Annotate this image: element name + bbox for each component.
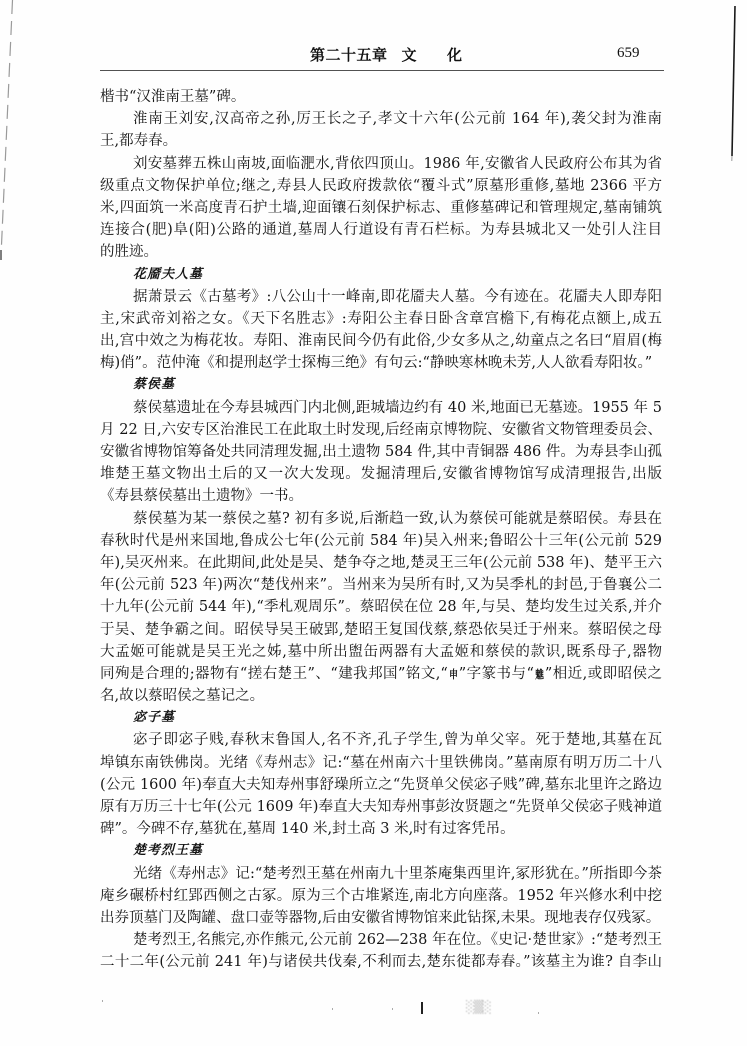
text-line: 月 22 日,六安专区治淮民工在此取土时发现,后经南京博物院、安徽省文物管理委员… (100, 419, 662, 441)
text-segment: ”字篆书与“ (459, 666, 534, 682)
chapter-title-char-2: 化 (447, 44, 463, 65)
text-line: 米,四面筑一米高度青石护土墙,迎面镶石刻保护标志、重修墓碑记和管理规定,墓南铺筑 (100, 197, 662, 219)
text-line: 庵乡碾桥村红郢西侧之古冢。原为三个古堆紧连,南北方向座落。1952 年兴修水利中… (100, 885, 662, 907)
chapter-title: 第二十五章文化 (310, 44, 463, 65)
text-line: 二十二年(公元前 241 年)与诸侯共伐秦,不利而去,楚东徙都寿春。”该墓主为谁… (100, 951, 662, 973)
scan-edge-right-mark (728, 6, 740, 166)
scan-dot (102, 1000, 103, 1002)
seal-script-glyph: 魋 (535, 664, 544, 685)
text-line: 《寿县蔡侯墓出土遗物》一书。 (100, 485, 662, 507)
chapter-number: 第二十五章 (310, 44, 388, 65)
paragraph-first-line: 据萧景云《古墓考》:八公山十一峰南,即花靥夫人墓。今有迹在。花靥夫人即寿阳公 (100, 286, 662, 308)
section-heading: 宓子墓 (100, 707, 662, 729)
scan-dot (332, 1008, 333, 1010)
text-line: 堆楚王墓文物出土后的又一次大发现。发掘清理后,安徽省博物馆写成清理报告,出版 (100, 463, 662, 485)
header-rule (100, 70, 664, 71)
text-line: 主,宋武帝刘裕之女。《天下名胜志》:寿阳公主春日卧含章宫檐下,有梅花点额上,成五 (100, 308, 662, 330)
text-line: 王,都寿春。 (100, 130, 662, 152)
paragraph-first-line: 淮南王刘安,汉高帝之孙,厉王长之子,孝文十六年(公元前 164 年),袭父封为淮… (100, 108, 662, 130)
text-line: 十九年(公元前 544 年),“季札观周乐”。蔡昭侯在位 28 年,与吴、楚均发… (100, 596, 662, 618)
text-segment: ”相近,或即昭侯之 (545, 666, 662, 682)
section-heading: 花靥夫人墓 (100, 264, 662, 286)
seal-script-glyph: 申 (449, 664, 458, 685)
text-line: 年),吴灭州来。在此期间,此处是吴、楚争夺之地,楚灵王三年(公元前 538 年)… (100, 552, 662, 574)
text-line: 楷书“汉淮南王墓”碑。 (100, 86, 662, 108)
scan-edge-left-mark (0, 0, 20, 270)
text-line: 埠镇东南铁佛岗。光绪《寿州志》记:“墓在州南六十里铁佛岗。”墓南原有明万历二十八… (100, 752, 662, 774)
text-line: 连接合(肥)阜(阳)公路的通道,墓周人行道设有青石栏标。为寿县城北又一处引人注目 (100, 219, 662, 241)
scan-artifact-mark (421, 1002, 423, 1014)
text-line: (公元 1600 年)奉直大夫知寿州事舒璪所立之“先贤单父侯宓子贱”碑,墓东北里… (100, 774, 662, 796)
paragraph-first-line: 蔡侯墓遗址在今寿县城西门内北侧,距城墙边约有 40 米,地面已无墓迹。1955 … (100, 397, 662, 419)
section-heading: 楚考烈王墓 (100, 840, 662, 862)
text-line: 碑”。今碑不存,墓犹在,墓周 140 米,封土高 3 米,时有过客凭吊。 (100, 818, 662, 840)
book-page: 第二十五章文化 659 楷书“汉淮南王墓”碑。淮南王刘安,汉高帝之孙,厉王长之子… (0, 0, 747, 1046)
paragraph-first-line: 宓子即宓子贱,春秋末鲁国人,名不齐,孔子学生,曾为单父宰。死于楚地,其墓在瓦 (100, 729, 662, 751)
text-line: 梅)俏”。范仲淹《和提刑赵学士探梅三绝》有句云:“静映寒林晚未芳,人人欲看寿阳妆… (100, 352, 662, 374)
body-text: 楷书“汉淮南王墓”碑。淮南王刘安,汉高帝之孙,厉王长之子,孝文十六年(公元前 1… (100, 86, 662, 974)
text-line: 的胜迹。 (100, 241, 662, 263)
text-line: 春秋时代是州来国地,鲁成公七年(公元前 584 年)吴入州来;鲁昭公十三年(公元… (100, 530, 662, 552)
text-segment: 同殉是合理的;器物有“搓右楚王”、“建我邦国”铭文,“ (100, 666, 448, 682)
text-line: 于吴、楚争霸之间。昭侯导吴王破郢,楚昭王复国伐蔡,蔡恐依吴迁于州来。蔡昭侯之母 (100, 619, 662, 641)
text-line: 大孟姬可能就是吴王光之姊,墓中所出盥缶两器有大孟姬和蔡侯的款识,既系母子,器物 (100, 641, 662, 663)
scan-dot (392, 1008, 393, 1010)
text-line: 出券顶墓门及陶罐、盘口壶等器物,后由安徽省博物馆来此钻探,未果。现地表存仅残冢。 (100, 907, 662, 929)
paragraph-first-line: 楚考烈王,名熊完,亦作熊元,公元前 262—238 年在位。《史记·楚世家》:“… (100, 929, 662, 951)
scan-dot (538, 1012, 539, 1014)
text-line: 级重点文物保护单位;继之,寿县人民政府拨款依“覆斗式”原墓形重修,墓地 2366… (100, 175, 662, 197)
running-head: 第二十五章文化 659 (100, 44, 662, 66)
text-line: 原有万历三十七年(公元 1609 年)奉直大夫知寿州事彭汝贤题之“先贤单父侯宓子… (100, 796, 662, 818)
chapter-title-char-1: 文 (402, 44, 418, 65)
text-line: 同殉是合理的;器物有“搓右楚王”、“建我邦国”铭文,“申”字篆书与“魋”相近,或… (100, 663, 662, 685)
text-line: 年(公元前 523 年)两次“楚伐州来”。当州来为吴所有时,又为吴季札的封邑,于… (100, 574, 662, 596)
paragraph-first-line: 光绪《寿州志》记:“楚考烈王墓在州南九十里茶庵集西里许,冢形犹在。”所指即今茶 (100, 863, 662, 885)
paragraph-first-line: 刘安墓葬五株山南坡,面临淝水,背依四顶山。1986 年,安徽省人民政府公布其为省 (100, 153, 662, 175)
scan-artifact-smudge: ░▒░ (466, 1000, 491, 1014)
text-line: 安徽省博物馆筹备处共同清理发掘,出土遗物 584 件,其中青铜器 486 件。为… (100, 441, 662, 463)
paragraph-first-line: 蔡侯墓为某一蔡侯之墓? 初有多说,后渐趋一致,认为蔡侯可能就是蔡昭侯。寿县在 (100, 508, 662, 530)
page-number: 659 (617, 45, 640, 62)
text-line: 出,宫中效之为梅花妆。寿阳、淮南民间今仍有此俗,少女多从之,幼童点之名曰“眉眉(… (100, 330, 662, 352)
text-line: 名,故以蔡昭侯之墓记之。 (100, 685, 662, 707)
section-heading: 蔡侯墓 (100, 374, 662, 396)
